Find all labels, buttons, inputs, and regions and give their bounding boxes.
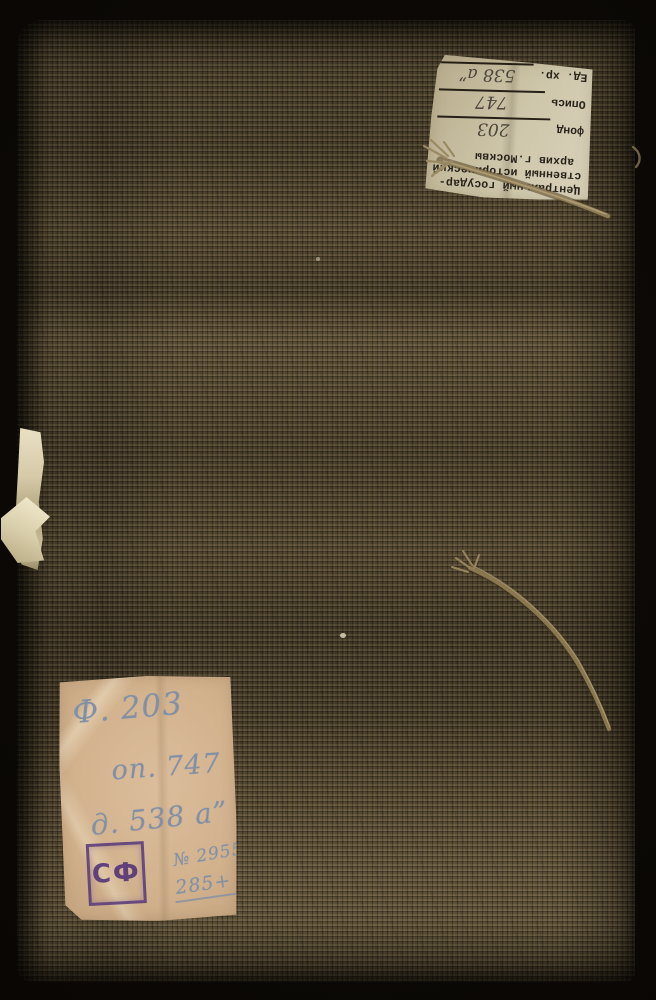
- photo-backdrop: Центральный государ- ственный историческ…: [0, 0, 656, 1000]
- page-count: 285+: [172, 869, 237, 903]
- fond-handwritten: Ф. 203: [71, 686, 184, 732]
- delo-value: 538 а”: [440, 61, 533, 85]
- archive-label-printed: Центральный государ- ственный историческ…: [425, 54, 596, 204]
- order-number: № 2955: [172, 839, 245, 871]
- sf-stamp: СФ: [86, 841, 147, 906]
- opis-value: 747: [438, 88, 545, 113]
- fond-caption: фонд: [550, 120, 584, 137]
- lint-speck: [316, 257, 320, 261]
- archive-label-handwritten: Ф. 203 оп. 747 д. 538 а” № 2955 285+ СФ: [58, 674, 238, 922]
- fond-value: 203: [437, 115, 551, 140]
- opis-handwritten: оп. 747: [111, 748, 222, 787]
- delo-handwritten: д. 538 а”: [89, 795, 230, 842]
- lint-speck: [340, 633, 346, 638]
- opis-caption: Опись: [545, 93, 586, 110]
